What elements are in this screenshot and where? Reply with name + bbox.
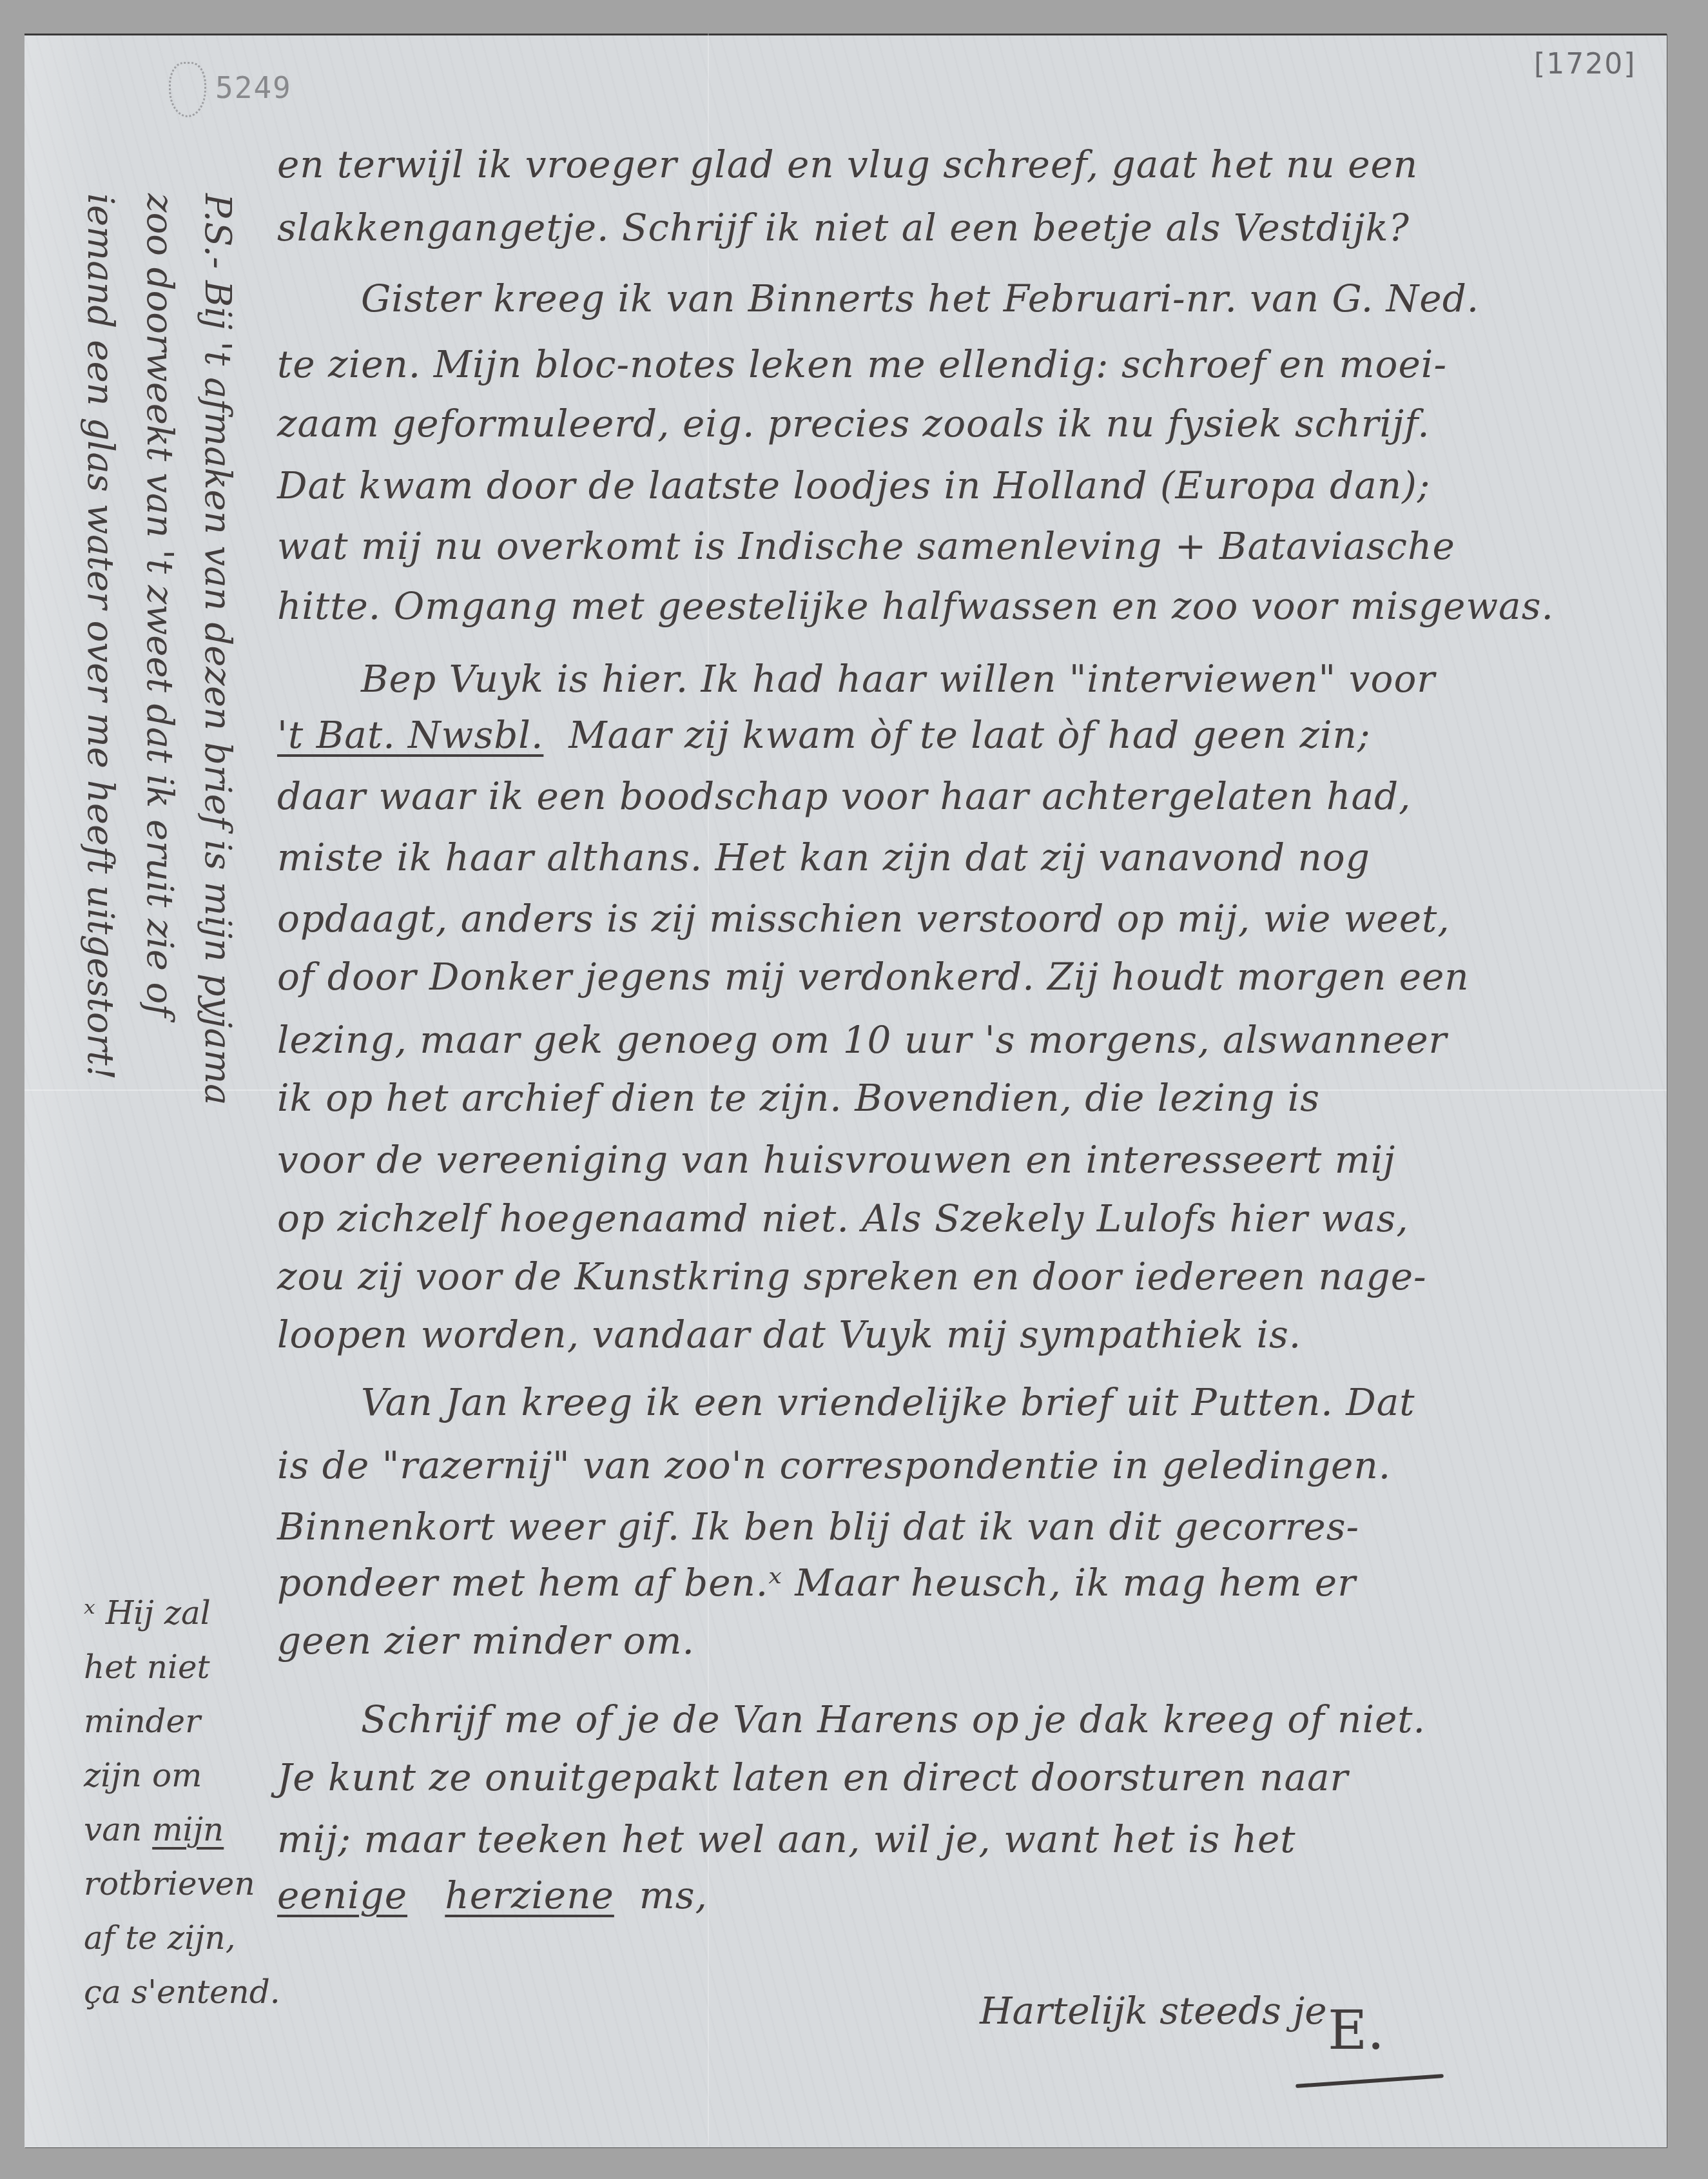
closing-salutation: Hartelijk steeds je (980, 1989, 1327, 2033)
body-line: geen zier minder om. (277, 1618, 1650, 1663)
body-line: pondeer met hem af ben.ˣ Maar heusch, ik… (277, 1560, 1650, 1605)
body-line: Schrijf me of je de Van Harens op je dak… (361, 1697, 1708, 1742)
body-line: is de "razernij" van zoo'n correspondent… (277, 1443, 1650, 1488)
footnote-mark: ˣ (84, 1594, 95, 1632)
body-line: Dat kwam door de laatste loodjes in Holl… (277, 463, 1650, 508)
body-line: Gister kreeg ik van Binnerts het Februar… (361, 276, 1708, 321)
body-line: Bep Vuyk is hier. Ik had haar willen "in… (361, 656, 1708, 701)
postscript-line: P.S.- Bij 't afmaken van dezen brief is … (195, 193, 240, 1106)
body-line: of door Donker jegens mij verdonkerd. Zi… (277, 954, 1650, 999)
body-line: mij; maar teeken het wel aan, wil je, wa… (277, 1817, 1650, 1862)
body-line: zaam geformuleerd, eig. precies zooals i… (277, 401, 1650, 446)
body-line: daar waar ik een boodschap voor haar ach… (277, 774, 1650, 819)
body-line: Je kunt ze onuitgepakt laten en direct d… (277, 1755, 1650, 1800)
body-line: wat mij nu overkomt is Indische samenlev… (277, 523, 1650, 569)
body-line: opdaagt, anders is zij misschien verstoo… (277, 896, 1650, 941)
archive-number: [1720] (1534, 48, 1636, 81)
postscript-line: zoo doorweekt van 't zweet dat ik eruit … (137, 193, 182, 1017)
body-line: 't Bat. Nwsbl. Maar zij kwam òf te laat … (277, 712, 1650, 757)
body-line: voor de vereeniging van huisvrouwen en i… (277, 1137, 1650, 1182)
body-line: op zichzelf hoegenaamd niet. Als Szekely… (277, 1196, 1650, 1241)
body-line: Van Jan kreeg ik een vriendelijke brief … (361, 1380, 1708, 1425)
footnote-text: Hij zal (106, 1594, 211, 1632)
body-line: miste ik haar althans. Het kan zijn dat … (277, 835, 1650, 880)
footnote-line: ça s'entend. (84, 1965, 290, 2019)
body-line: eenige herziene ms, (277, 1873, 1650, 1918)
body-line: te zien. Mijn bloc-notes leken me ellend… (277, 342, 1650, 387)
body-line-rest: ms, (626, 1873, 708, 1917)
stamp-number: 5249 (215, 70, 292, 105)
footnote-line: ˣ Hij zal (84, 1586, 290, 1640)
footnote-line: van mijn (84, 1803, 290, 1857)
body-line-rest: Maar zij kwam òf te laat òf had geen zin… (556, 713, 1371, 757)
body-line: loopen worden, vandaar dat Vuyk mij symp… (277, 1312, 1650, 1357)
body-line: Binnenkort weer gif. Ik ben blij dat ik … (277, 1504, 1650, 1549)
footnote-line: af te zijn, (84, 1911, 290, 1965)
underlined-word: herziene (445, 1873, 614, 1917)
body-line: lezing, maar gek genoeg om 10 uur 's mor… (277, 1017, 1650, 1062)
body-line: slakkengangetje. Schrijf ik niet al een … (277, 205, 1650, 250)
underlined-newspaper: 't Bat. Nwsbl. (277, 713, 543, 757)
space (420, 1873, 432, 1917)
footnote-line: het niet (84, 1640, 290, 1694)
body-line: ik op het archief dien te zijn. Bovendie… (277, 1075, 1650, 1120)
underlined-word: eenige (277, 1873, 407, 1917)
archive-stamp: 5249 (169, 62, 292, 117)
footnote-line: zijn om (84, 1748, 290, 1803)
body-line: zou zij voor de Kunstkring spreken en do… (277, 1254, 1650, 1299)
monogram-stamp-icon (169, 62, 206, 117)
body-line: hitte. Omgang met geestelijke halfwassen… (277, 583, 1650, 629)
underlined-word: mijn (152, 1811, 224, 1848)
body-line: en terwijl ik vroeger glad en vlug schre… (277, 142, 1650, 187)
footnote-line: rotbrieven (84, 1857, 290, 1911)
footnote-line: minder (84, 1694, 290, 1748)
signature: E. (1328, 1998, 1384, 2062)
footnote: ˣ Hij zal het niet minder zijn om van mi… (84, 1586, 290, 2019)
postscript-line: iemand een glas water over me heeft uitg… (77, 193, 122, 1080)
